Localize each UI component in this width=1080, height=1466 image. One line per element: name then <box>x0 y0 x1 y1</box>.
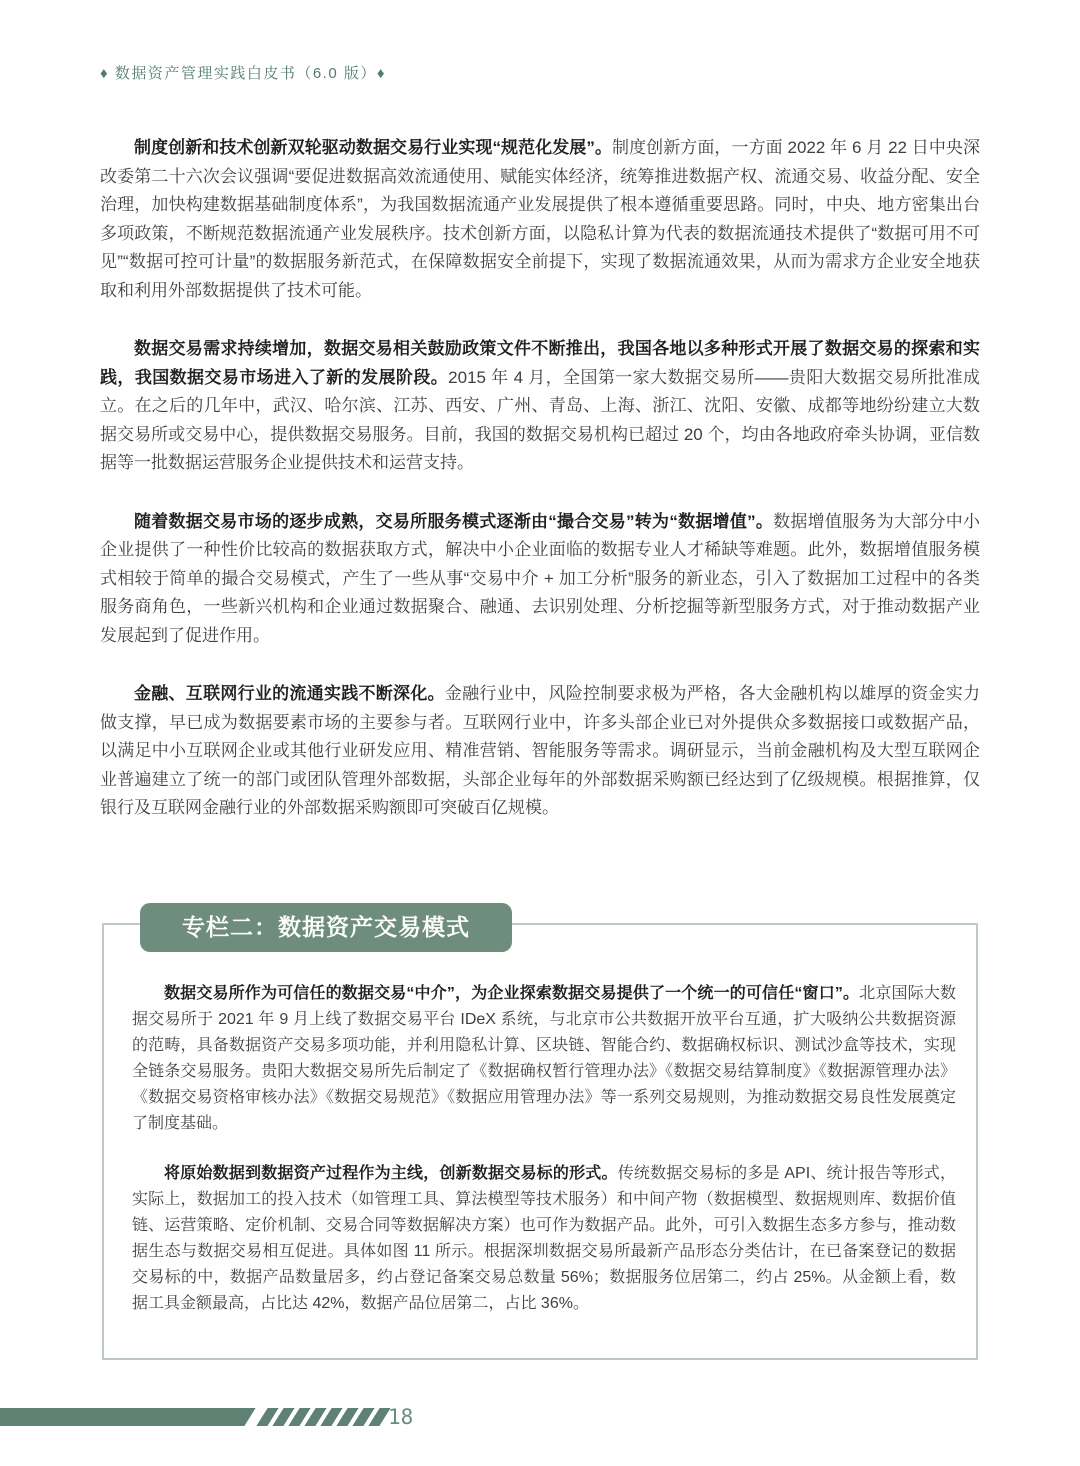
paragraph-1: 制度创新和技术创新双轮驱动数据交易行业实现“规范化发展”。制度创新方面，一方面 … <box>100 134 980 305</box>
panel-paragraph-2: 将原始数据到数据资产过程作为主线，创新数据交易标的形式。传统数据交易标的多是 A… <box>132 1161 956 1317</box>
document-page: ♦ 数据资产管理实践白皮书（6.0 版）♦ 制度创新和技术创新双轮驱动数据交易行… <box>0 0 1080 1466</box>
panel-paragraph-1-text: 北京国际大数据交易所于 2021 年 9 月上线了数据交易平台 IDeX 系统，… <box>132 985 956 1132</box>
paragraph-4-lead: 金融、互联网行业的流通实践不断深化。 <box>134 684 445 703</box>
page-footer: 18 <box>0 1408 1080 1434</box>
body-content: 制度创新和技术创新双轮驱动数据交易行业实现“规范化发展”。制度创新方面，一方面 … <box>100 134 980 853</box>
paragraph-3-text: 数据增值服务为大部分中小企业提供了一种性价比较高的数据获取方式，解决中小企业面临… <box>100 512 980 645</box>
paragraph-4: 金融、互联网行业的流通实践不断深化。金融行业中，风险控制要求极为严格，各大金融机… <box>100 680 980 823</box>
paragraph-2: 数据交易需求持续增加，数据交易相关鼓励政策文件不断推出，我国各地以多种形式开展了… <box>100 335 980 478</box>
panel-paragraph-2-lead: 将原始数据到数据资产过程作为主线，创新数据交易标的形式。 <box>164 1165 618 1182</box>
paragraph-1-text: 制度创新方面，一方面 2022 年 6 月 22 日中央深改委第二十六次会议强调… <box>100 138 980 300</box>
footer-bar <box>0 1408 256 1426</box>
paragraph-3: 随着数据交易市场的逐步成熟，交易所服务模式逐渐由“撮合交易”转为“数据增值”。数… <box>100 508 980 651</box>
page-number: 18 <box>388 1405 413 1429</box>
paragraph-4-text: 金融行业中，风险控制要求极为严格，各大金融机构以雄厚的资金实力做支撑，早已成为数… <box>100 684 980 817</box>
panel-paragraph-2-text: 传统数据交易标的多是 API、统计报告等形式，实际上，数据加工的投入技术（如管理… <box>132 1165 956 1312</box>
panel-title-tab: 专栏二：数据资产交易模式 <box>140 903 512 952</box>
panel-body: 数据交易所作为可信任的数据交易“中介”，为企业探索数据交易提供了一个统一的可信任… <box>132 981 956 1341</box>
paragraph-3-lead: 随着数据交易市场的逐步成熟，交易所服务模式逐渐由“撮合交易”转为“数据增值”。 <box>134 512 773 531</box>
panel-paragraph-1-lead: 数据交易所作为可信任的数据交易“中介”，为企业探索数据交易提供了一个统一的可信任… <box>164 985 859 1002</box>
panel-paragraph-1: 数据交易所作为可信任的数据交易“中介”，为企业探索数据交易提供了一个统一的可信任… <box>132 981 956 1137</box>
page-header-title: ♦ 数据资产管理实践白皮书（6.0 版）♦ <box>100 62 386 83</box>
paragraph-1-lead: 制度创新和技术创新双轮驱动数据交易行业实现“规范化发展”。 <box>134 138 612 157</box>
footer-stripes-decoration <box>262 1408 385 1426</box>
